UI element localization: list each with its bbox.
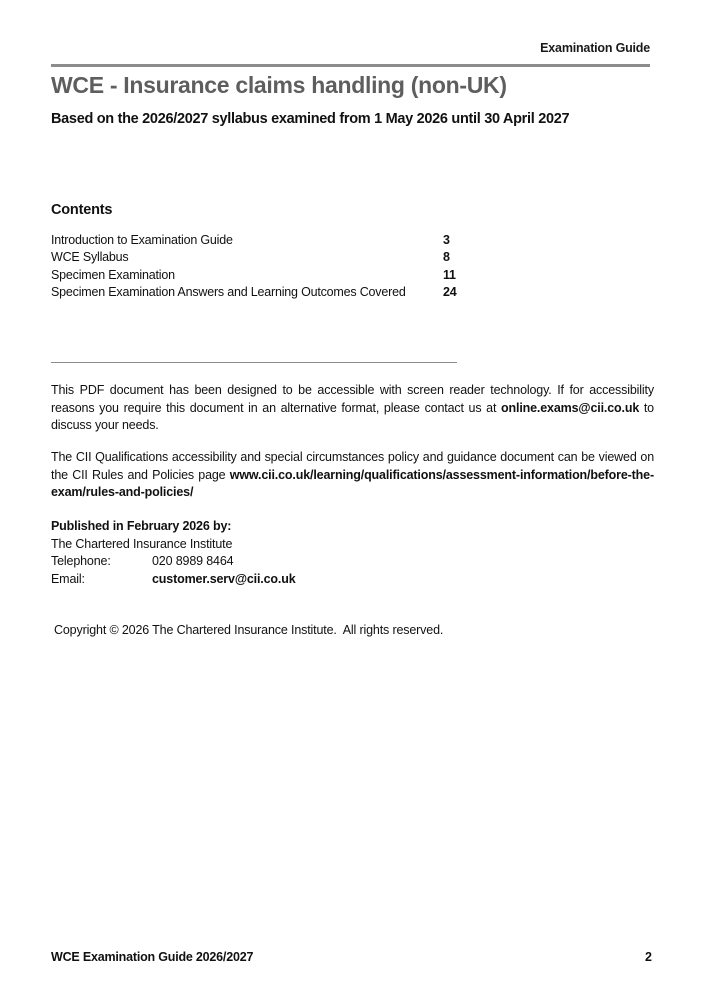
toc-entry-page: 24	[443, 285, 457, 299]
policy-notice: The CII Qualifications accessibility and…	[51, 449, 654, 502]
header-rule	[51, 64, 650, 67]
running-header: Examination Guide	[540, 41, 650, 55]
toc-entry-page: 11	[443, 268, 456, 282]
telephone-label: Telephone:	[51, 553, 152, 571]
publisher-email-link[interactable]: customer.serv@cii.co.uk	[152, 571, 296, 589]
toc-entry-specimen-answers[interactable]: Specimen Examination Answers and Learnin…	[51, 284, 471, 302]
telephone-value: 020 8989 8464	[152, 553, 233, 571]
toc-entry-page: 8	[443, 250, 450, 264]
table-of-contents: Introduction to Examination Guide 3 WCE …	[51, 231, 471, 301]
toc-entry-introduction[interactable]: Introduction to Examination Guide 3	[51, 231, 471, 249]
accessibility-notice: This PDF document has been designed to b…	[51, 382, 654, 435]
publisher-heading: Published in February 2026 by:	[51, 518, 296, 536]
toc-entry-page: 3	[443, 233, 450, 247]
publisher-email-row: Email: customer.serv@cii.co.uk	[51, 571, 296, 589]
section-divider	[51, 362, 457, 363]
toc-entry-label: Introduction to Examination Guide	[51, 233, 443, 247]
toc-entry-label: WCE Syllabus	[51, 250, 443, 264]
publisher-name: The Chartered Insurance Institute	[51, 536, 296, 554]
footer-page-number: 2	[645, 950, 652, 964]
document-page: Examination Guide WCE - Insurance claims…	[0, 0, 707, 1000]
toc-entry-syllabus[interactable]: WCE Syllabus 8	[51, 249, 471, 267]
toc-entry-label: Specimen Examination	[51, 268, 443, 282]
publisher-details: Published in February 2026 by: The Chart…	[51, 518, 296, 588]
footer-title: WCE Examination Guide 2026/2027	[51, 950, 253, 964]
copyright-notice: Copyright © 2026 The Chartered Insurance…	[54, 623, 443, 637]
toc-entry-specimen-examination[interactable]: Specimen Examination 11	[51, 266, 471, 284]
accessibility-email-link[interactable]: online.exams@cii.co.uk	[501, 401, 639, 415]
toc-entry-label: Specimen Examination Answers and Learnin…	[51, 285, 443, 299]
document-subtitle: Based on the 2026/2027 syllabus examined…	[51, 111, 569, 127]
publisher-telephone-row: Telephone: 020 8989 8464	[51, 553, 296, 571]
email-label: Email:	[51, 571, 152, 589]
contents-heading: Contents	[51, 202, 112, 218]
document-title: WCE - Insurance claims handling (non-UK)	[51, 72, 507, 99]
